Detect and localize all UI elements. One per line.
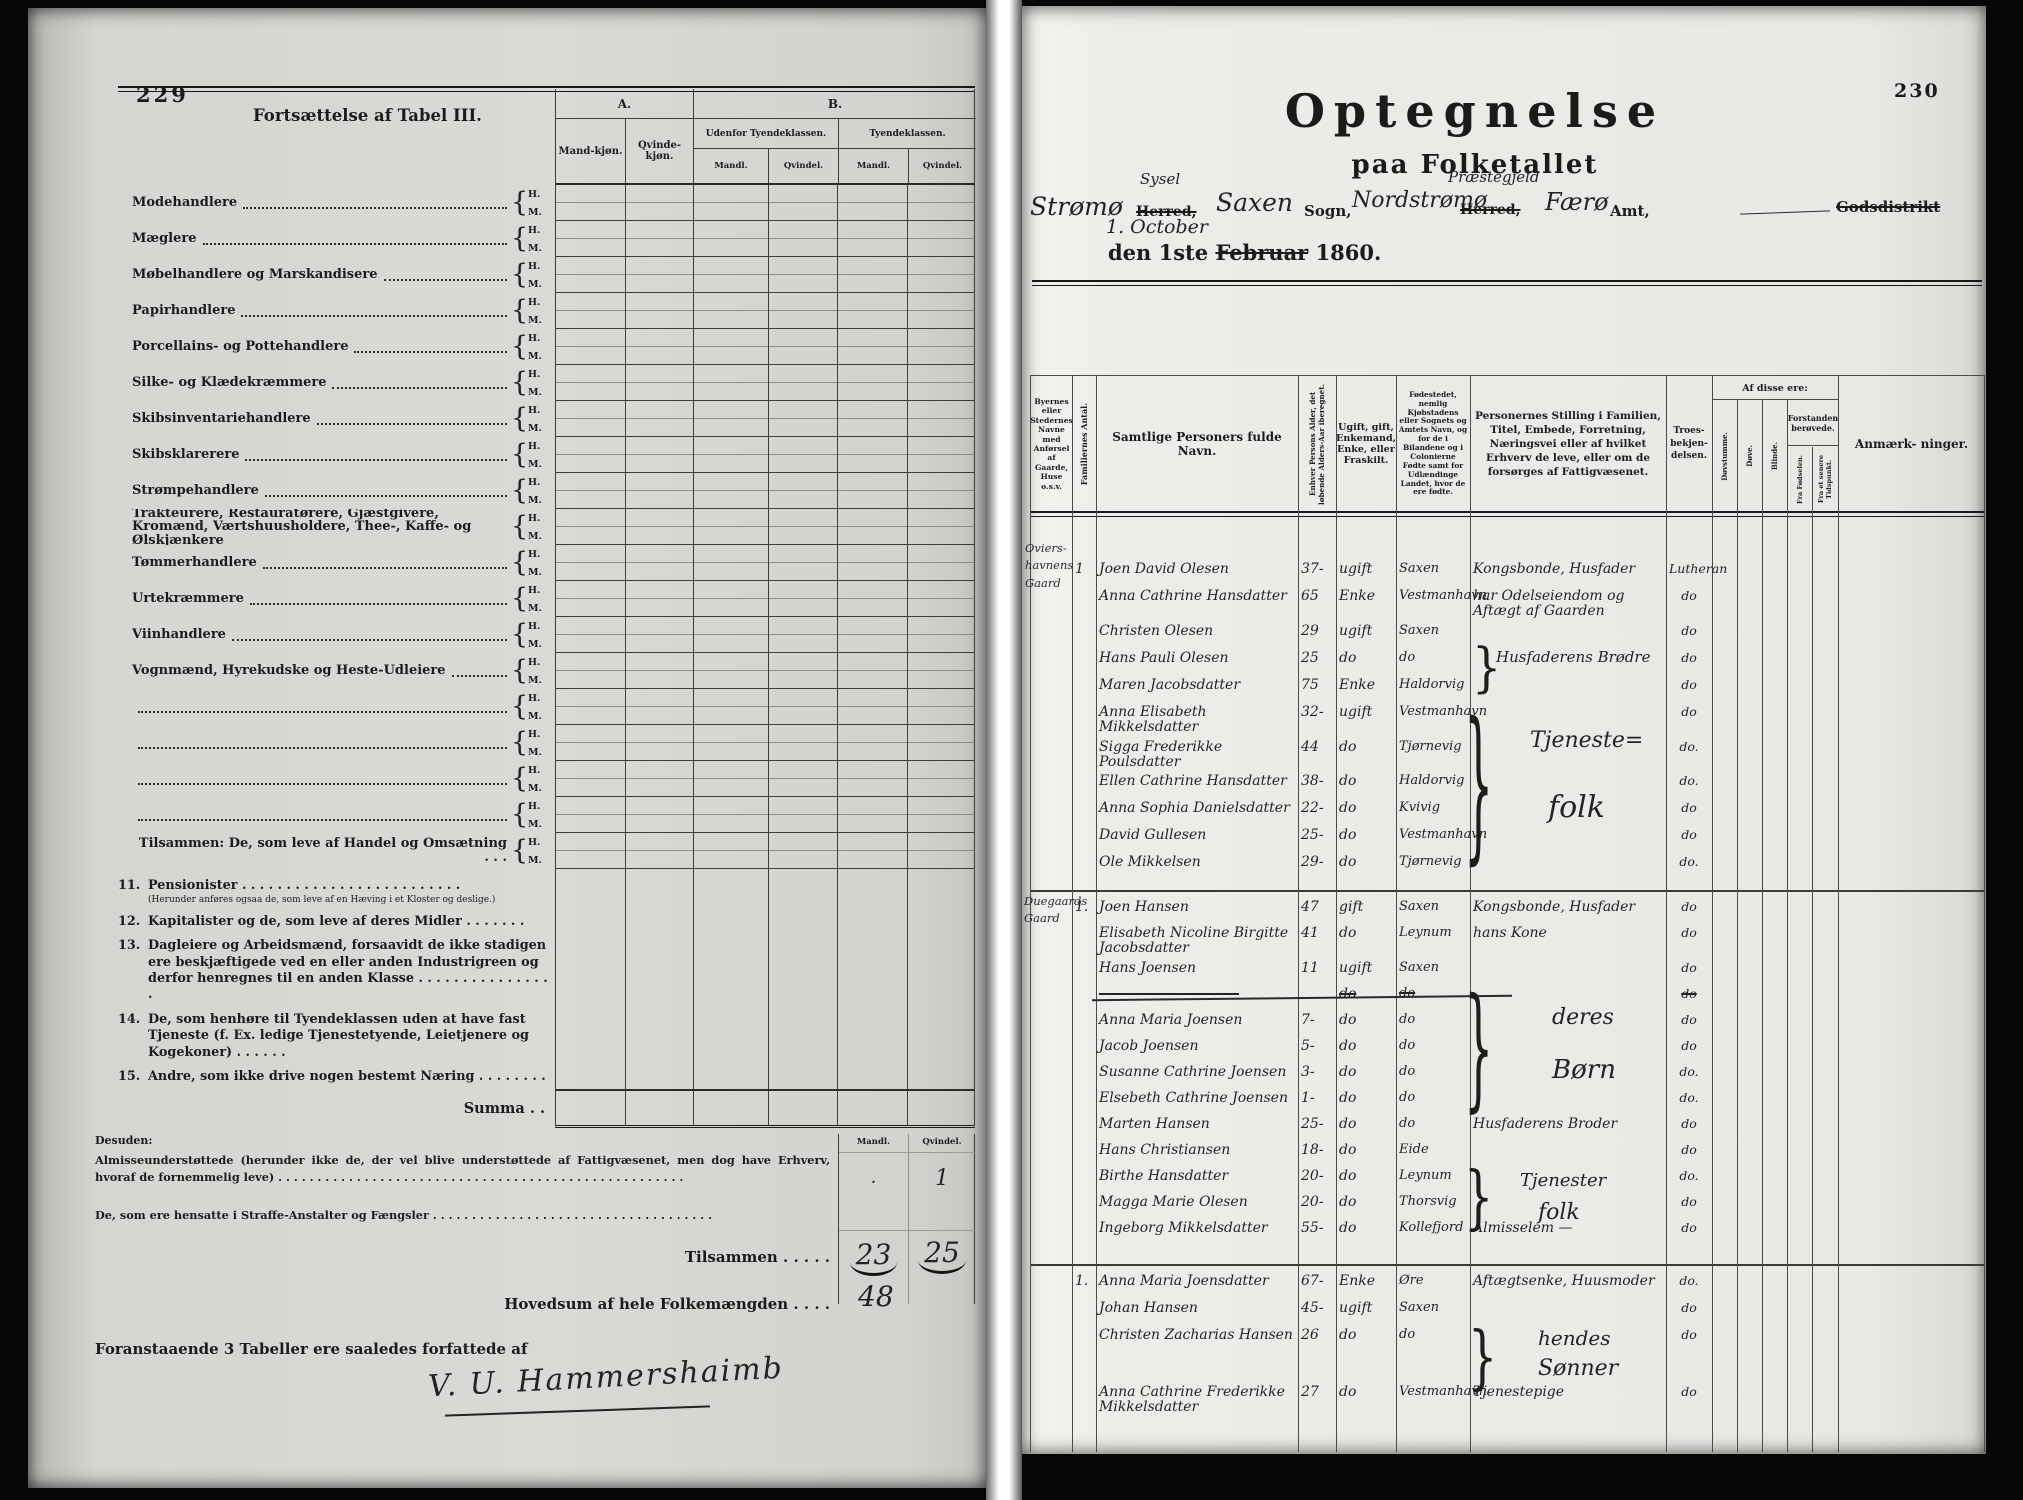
table-vline [1984, 375, 1985, 1452]
empty-cell [838, 293, 908, 328]
col-header-age-text: Enhver Persons Alder, det løbende Alders… [1308, 377, 1326, 511]
item-text-main: De, som henhøre til Tyendeklassen uden a… [148, 1012, 529, 1060]
birthplace: Kollefjord [1396, 1219, 1470, 1245]
col-header-position: Personernes Stilling i Familien, Titel, … [1471, 377, 1665, 511]
census-row: Anna Cathrine Frederikke Mikkelsdatter 2… [1072, 1383, 1712, 1418]
census-row: Maren Jacobsdatter 75 Enke Haldorvig do [1072, 676, 1712, 703]
occupation-label: Viinhandlere [132, 628, 226, 642]
empty-cell [626, 329, 694, 364]
family-number [1072, 1011, 1096, 1037]
empty-cell [694, 185, 769, 220]
empty-cell [908, 833, 975, 868]
marital-status: do [1336, 1141, 1396, 1167]
empty-cell [838, 257, 908, 292]
occupation-row: Skibsklarerere { H. M. [130, 437, 975, 473]
table-vline [1787, 399, 1788, 1452]
tilsammen-qvindel-number: 25 [918, 1236, 966, 1274]
religion: do [1666, 1115, 1712, 1141]
hm-markers: H. M. [525, 833, 555, 869]
dotted-leader [332, 386, 507, 389]
empty-cell [626, 725, 694, 760]
occupation-row: Skibsinventariehandlere { H. M. [130, 401, 975, 437]
marital-status: do [1336, 772, 1396, 799]
h-marker: H. [528, 477, 555, 488]
place-note-group1: Oviers- havnens Gaard [1025, 540, 1071, 592]
person-age: 1- [1298, 1089, 1336, 1115]
dotted-leader [138, 818, 507, 821]
dotted-leader [354, 350, 507, 353]
family-number [1072, 985, 1096, 1011]
empty-cell [838, 725, 908, 760]
empty-cell [838, 761, 908, 796]
person-age: 65 [1298, 587, 1336, 622]
empty-cell [908, 401, 975, 436]
family-position: Kongsbonde, Husfader [1470, 560, 1666, 587]
empty-cell [694, 293, 769, 328]
date-year: 1860. [1316, 240, 1382, 265]
census-row: 1. Anna Maria Joensdatter 67- Enke Øre A… [1072, 1272, 1712, 1299]
person-name: Christen Zacharias Hansen [1096, 1326, 1298, 1353]
marital-status: do [1336, 1089, 1396, 1115]
item-text-main: Kapitalister og de, som leve af deres Mi… [148, 914, 524, 929]
person-age: 11 [1298, 959, 1336, 985]
value-grid-cells [555, 545, 975, 581]
col-header-blinde: Blinde. [1763, 401, 1786, 511]
empty-cell [556, 185, 626, 220]
marital-status: do [1336, 1063, 1396, 1089]
family-number [1072, 738, 1096, 773]
person-name: Anna Cathrine Hansdatter [1096, 587, 1298, 622]
birthplace: Haldorvig [1396, 772, 1470, 799]
m-marker: M. [528, 639, 555, 650]
hm-markers: H. M. [525, 653, 555, 689]
occupation-label-zone: Vognmænd, Hyrekudske og Heste-Udleiere [130, 653, 511, 689]
census-row: Anna Sophia Danielsdatter 22- do Kvivig … [1072, 799, 1712, 826]
empty-cell [556, 221, 626, 256]
person-name: Joen David Olesen [1096, 560, 1298, 587]
occupation-label: Tømmerhandlere [132, 556, 257, 570]
person-age: 47 [1298, 898, 1336, 924]
person-age: 18- [1298, 1141, 1336, 1167]
empty-cell [556, 437, 626, 472]
religion: do. [1666, 1167, 1712, 1193]
value-grid-cells [555, 833, 975, 869]
annotation-brodre: Husfaderens Brødre [1496, 648, 1650, 666]
item-text: De, som henhøre til Tyendeklassen uden a… [148, 1012, 556, 1062]
row-brace-glyph: { [511, 221, 525, 257]
value-grid-cells [555, 509, 975, 545]
religion: do. [1666, 1272, 1712, 1299]
person-name: Maren Jacobsdatter [1096, 676, 1298, 703]
person-name: David Gullesen [1096, 826, 1298, 853]
person-age: 22- [1298, 799, 1336, 826]
person-name: Hans Joensen [1096, 959, 1298, 985]
empty-cell [769, 437, 839, 472]
person-name: Joen Hansen [1096, 898, 1298, 924]
h-marker: H. [528, 225, 555, 236]
header-qvindel-1: Qvindel. [769, 149, 839, 183]
family-number: 1. [1072, 1272, 1096, 1299]
tilsammen-row: Tilsammen: De, som leve af Handel og Oms… [130, 833, 975, 869]
group-divider-1 [1030, 890, 1985, 892]
person-name: Ellen Cathrine Hansdatter [1096, 772, 1298, 799]
occupation-label-zone: Trakteurere, Restauratørere, Gjæstgivere… [130, 509, 511, 545]
religion: do [1666, 587, 1712, 622]
religion: do [1666, 1011, 1712, 1037]
dotted-leader [138, 710, 507, 713]
value-grid-cells [555, 797, 975, 833]
religion: do. [1666, 853, 1712, 880]
birthplace: Thorsvig [1396, 1193, 1470, 1219]
census-row: —————————— do do do [1072, 985, 1712, 1011]
row-brace-glyph: { [511, 329, 525, 365]
row-brace-glyph: { [511, 653, 525, 689]
empty-cell [908, 725, 975, 760]
occupation-row: { H. M. [130, 725, 975, 761]
value-grid-cells [555, 437, 975, 473]
birthplace: do [1396, 1063, 1470, 1089]
empty-cell [626, 797, 694, 832]
empty-cell [694, 617, 769, 652]
person-name: —————————— [1096, 985, 1298, 1011]
family-number [1072, 649, 1096, 676]
empty-cell [838, 869, 908, 1089]
left-page-title: Fortsættelse af Tabel III. [253, 106, 482, 125]
family-number [1072, 1383, 1096, 1418]
h-marker: H. [528, 261, 555, 272]
empty-cell [694, 869, 769, 1089]
empty-cell [556, 581, 626, 616]
marital-status: ugift [1336, 959, 1396, 985]
left-footer-text: Foranstaaende 3 Tabeller ere saaledes fo… [95, 1340, 527, 1358]
empty-cell [626, 761, 694, 796]
item-text: Dagleiere og Arbeidsmænd, forsaavidt de … [148, 938, 556, 1005]
col-header-fra-senere: Fra et senere Tidspunkt. [1813, 447, 1836, 511]
empty-cell [556, 509, 626, 544]
date-prefix: den 1ste [1108, 240, 1208, 265]
empty-cell [769, 725, 839, 760]
person-name: Jacob Joensen [1096, 1037, 1298, 1063]
annotation-hendes: hendes [1538, 1326, 1611, 1350]
marital-status: do [1336, 738, 1396, 773]
m-marker: M. [528, 711, 555, 722]
m-marker: M. [528, 495, 555, 506]
marital-status: do [1336, 985, 1396, 1011]
empty-cell [908, 581, 975, 616]
page-gutter [986, 0, 1022, 1500]
h-marker: H. [528, 693, 555, 704]
empty-cell [769, 869, 839, 1089]
amt-handwritten: Færø [1545, 188, 1609, 216]
dotted-leader [245, 458, 507, 461]
birthplace: do [1396, 1037, 1470, 1063]
header-mandkjon: Mand-kjøn. [556, 119, 626, 183]
hm-markers: H. M. [525, 617, 555, 653]
person-age: 5- [1298, 1037, 1336, 1063]
empty-cell [769, 581, 839, 616]
empty-cell [694, 437, 769, 472]
person-age: 32- [1298, 703, 1336, 738]
family-number [1072, 924, 1096, 959]
empty-cell [694, 509, 769, 544]
person-age: 20- [1298, 1193, 1336, 1219]
census-row: Hans Joensen 11 ugift Saxen do [1072, 959, 1712, 985]
h-marker: H. [528, 189, 555, 200]
header-tyendeklassen: Tyendeklassen. [839, 119, 976, 149]
sogn-printed: Sogn, [1304, 202, 1351, 220]
empty-cell [769, 365, 839, 400]
occupation-row: Mæglere { H. M. [130, 221, 975, 257]
marital-status: Enke [1336, 1272, 1396, 1299]
person-name: Anna Maria Joensen [1096, 1011, 1298, 1037]
empty-cell [908, 185, 975, 220]
religion: do [1666, 676, 1712, 703]
header-top-line [1030, 375, 1985, 376]
col-header-fra-fodselen-text: Fra Fødselen. [1796, 455, 1804, 504]
col-header-blinde-text: Blinde. [1770, 442, 1779, 470]
empty-cell [626, 869, 694, 1089]
row-brace-glyph: { [511, 257, 525, 293]
annotation-born: Børn [1552, 1055, 1616, 1085]
birthplace: Eide [1396, 1141, 1470, 1167]
empty-cell [626, 689, 694, 724]
m-marker: M. [528, 855, 555, 866]
family-number [1072, 799, 1096, 826]
family-position [1470, 1299, 1666, 1326]
h-marker: H. [528, 765, 555, 776]
empty-cell [769, 761, 839, 796]
occupation-row: Tømmerhandlere { H. M. [130, 545, 975, 581]
dotted-leader [243, 206, 507, 209]
census-row: Magga Marie Olesen 20- do Thorsvig do [1072, 1193, 1712, 1219]
religion: do [1666, 985, 1712, 1011]
person-name: Sigga Frederikke Poulsdatter [1096, 738, 1298, 773]
religion: Lutheran [1666, 560, 1712, 587]
person-name: Johan Hansen [1096, 1299, 1298, 1326]
empty-cell [769, 257, 839, 292]
row-brace-glyph: { [511, 365, 525, 401]
value-grid-cells [555, 365, 975, 401]
family-number [1072, 587, 1096, 622]
occupation-label-zone: Porcellains- og Pottehandlere [130, 329, 511, 365]
religion: do [1666, 1299, 1712, 1326]
birthplace: Leynum [1396, 924, 1470, 959]
row-brace-glyph: { [511, 509, 525, 545]
marital-status: Enke [1336, 676, 1396, 703]
dotted-leader [241, 314, 507, 317]
dotted-leader [265, 494, 507, 497]
empty-cell [908, 617, 975, 652]
h-marker: H. [528, 513, 555, 524]
person-age: 3- [1298, 1063, 1336, 1089]
col-header-fullname: Samtlige Personers fulde Navn. [1097, 377, 1297, 511]
occupation-row: Papirhandlere { H. M. [130, 293, 975, 329]
value-grid-cells [555, 761, 975, 797]
h-marker: H. [528, 621, 555, 632]
row-brace-glyph: { [511, 545, 525, 581]
religion: do [1666, 1383, 1712, 1418]
occupation-label: Møbelhandlere og Marskandisere [132, 268, 378, 282]
annotation-tjeneste: Tjeneste= [1530, 728, 1643, 753]
empty-cell [626, 473, 694, 508]
row-brace-glyph: { [511, 761, 525, 797]
row-brace-glyph: { [511, 833, 525, 869]
empty-cell [556, 725, 626, 760]
occupation-label-zone: Papirhandlere [130, 293, 511, 329]
annotation-deres: deres [1552, 1005, 1614, 1030]
person-age: 25- [1298, 826, 1336, 853]
person-age: 75 [1298, 676, 1336, 703]
family-number [1072, 703, 1096, 738]
marital-status: do [1336, 649, 1396, 676]
family-position [1470, 853, 1666, 880]
religion: do [1666, 924, 1712, 959]
birthplace: do [1396, 1011, 1470, 1037]
hm-markers: H. M. [525, 185, 555, 221]
census-row: Marten Hansen 25- do do Husfaderens Brod… [1072, 1115, 1712, 1141]
h-marker: H. [528, 657, 555, 668]
almisse-text: Almisseunderstøttede (herunder ikke de, … [95, 1152, 830, 1186]
census-group-3: 1. Anna Maria Joensdatter 67- Enke Øre A… [1072, 1272, 1712, 1418]
sub-header-qvindel: Qvindel. [909, 1137, 975, 1147]
marital-status: do [1336, 826, 1396, 853]
table-vline [1737, 399, 1738, 1452]
numbered-item: 14. De, som henhøre til Tyendeklassen ud… [118, 1012, 556, 1062]
empty-cell [838, 509, 908, 544]
item-number: 15. [118, 1069, 148, 1086]
table-vline [1762, 399, 1763, 1452]
family-number [1072, 1219, 1096, 1245]
col-header-anmerkninger: Anmærk- ninger. [1839, 377, 1984, 511]
date-printed: den 1ste Februar 1860. [1108, 240, 1381, 265]
numbered-item: 11. Pensionister . . . . . . . . . . . .… [118, 878, 556, 907]
value-grid-cells [555, 725, 975, 761]
header-qvindel-2: Qvindel. [909, 149, 976, 183]
occupation-label: Strømpehandlere [132, 484, 259, 498]
family-position: hans Kone [1470, 924, 1666, 959]
occupation-label-zone: Urtekræmmere [130, 581, 511, 617]
value-grid-cells [555, 617, 975, 653]
marital-status: do [1336, 924, 1396, 959]
row-brace-glyph: { [511, 185, 525, 221]
empty-cell [626, 509, 694, 544]
person-age: 25- [1298, 1115, 1336, 1141]
empty-cell [694, 221, 769, 256]
empty-cell [694, 725, 769, 760]
right-page-title: Optegnelse [1150, 84, 1800, 138]
family-position: Kongsbonde, Husfader [1470, 898, 1666, 924]
religion: do [1666, 1037, 1712, 1063]
m-marker: M. [528, 531, 555, 542]
col-header-fra-fodselen: Fra Fødselen. [1788, 447, 1811, 511]
hm-markers: H. M. [525, 473, 555, 509]
person-age: 41 [1298, 924, 1336, 959]
col-header-dovstumme-text: Døvstumme. [1720, 432, 1729, 481]
annotation-tjenester: Tjenester [1520, 1170, 1606, 1191]
family-number [1072, 1167, 1096, 1193]
empty-cell [556, 797, 626, 832]
occupation-label-zone: Mæglere [130, 221, 511, 257]
empty-cell [838, 329, 908, 364]
occupation-label-zone [130, 689, 511, 725]
marital-status: ugift [1336, 703, 1396, 738]
value-grid-cells [555, 653, 975, 689]
empty-cell [908, 689, 975, 724]
religion: do [1666, 622, 1712, 649]
empty-cell [626, 437, 694, 472]
box-line [839, 1152, 976, 1153]
table-vline [1712, 375, 1713, 1452]
col-header-places: Byernes eller Stedernes Navne med Anførs… [1031, 377, 1072, 511]
empty-cell [769, 833, 839, 868]
empty-cell [769, 401, 839, 436]
family-number [1072, 826, 1096, 853]
birthplace: Vestmanhavn [1396, 826, 1470, 853]
empty-cell [769, 221, 839, 256]
person-name: Anna Sophia Danielsdatter [1096, 799, 1298, 826]
header-mandl-2: Mandl. [839, 149, 909, 183]
occupation-row: Porcellains- og Pottehandlere { H. M. [130, 329, 975, 365]
row-brace-glyph: { [511, 473, 525, 509]
marital-status: ugift [1336, 560, 1396, 587]
person-name: Hans Pauli Olesen [1096, 649, 1298, 676]
birthplace: Saxen [1396, 959, 1470, 985]
dotted-leader [138, 782, 507, 785]
empty-cell [838, 617, 908, 652]
hm-markers: H. M. [525, 365, 555, 401]
almisse-value-mandl: · [839, 1172, 908, 1193]
h-marker: H. [528, 729, 555, 740]
right-page-number: 230 [1894, 80, 1940, 102]
occupation-row: Vognmænd, Hyrekudske og Heste-Udleiere {… [130, 653, 975, 689]
family-number [1072, 1063, 1096, 1089]
empty-cell [694, 365, 769, 400]
numbered-item: 15. Andre, som ikke drive nogen bestemt … [118, 1069, 556, 1086]
empty-cell [769, 329, 839, 364]
col-header-religion: Troes- bekjen- delsen. [1667, 377, 1711, 511]
marital-status: do [1336, 799, 1396, 826]
empty-cell [908, 473, 975, 508]
empty-cell [769, 509, 839, 544]
person-name: Susanne Cathrine Joensen [1096, 1063, 1298, 1089]
empty-cell [694, 761, 769, 796]
empty-cell [694, 329, 769, 364]
religion: do. [1666, 738, 1712, 773]
occupation-row: Urtekræmmere { H. M. [130, 581, 975, 617]
empty-cell [556, 257, 626, 292]
dotted-leader [250, 602, 507, 605]
m-marker: M. [528, 387, 555, 398]
occupation-row: { H. M. [130, 761, 975, 797]
census-row: Jacob Joensen 5- do do do [1072, 1037, 1712, 1063]
census-row: David Gullesen 25- do Vestmanhavn do [1072, 826, 1712, 853]
empty-cell [838, 365, 908, 400]
census-row: Ellen Cathrine Hansdatter 38- do Haldorv… [1072, 772, 1712, 799]
hm-markers: H. M. [525, 545, 555, 581]
marital-status: do [1336, 1115, 1396, 1141]
m-marker: M. [528, 603, 555, 614]
census-row: Johan Hansen 45- ugift Saxen do [1072, 1299, 1712, 1326]
occupation-label: Papirhandlere [132, 304, 235, 318]
occupation-label-zone: Tømmerhandlere [130, 545, 511, 581]
empty-cell [556, 833, 626, 868]
col-header-disse: Af disse ere: [1713, 377, 1837, 399]
person-age: 26 [1298, 1326, 1336, 1353]
empty-cell [626, 257, 694, 292]
occupation-label: Vognmænd, Hyrekudske og Heste-Udleiere [132, 664, 446, 678]
marital-status: do [1336, 1383, 1396, 1418]
empty-cell [556, 689, 626, 724]
